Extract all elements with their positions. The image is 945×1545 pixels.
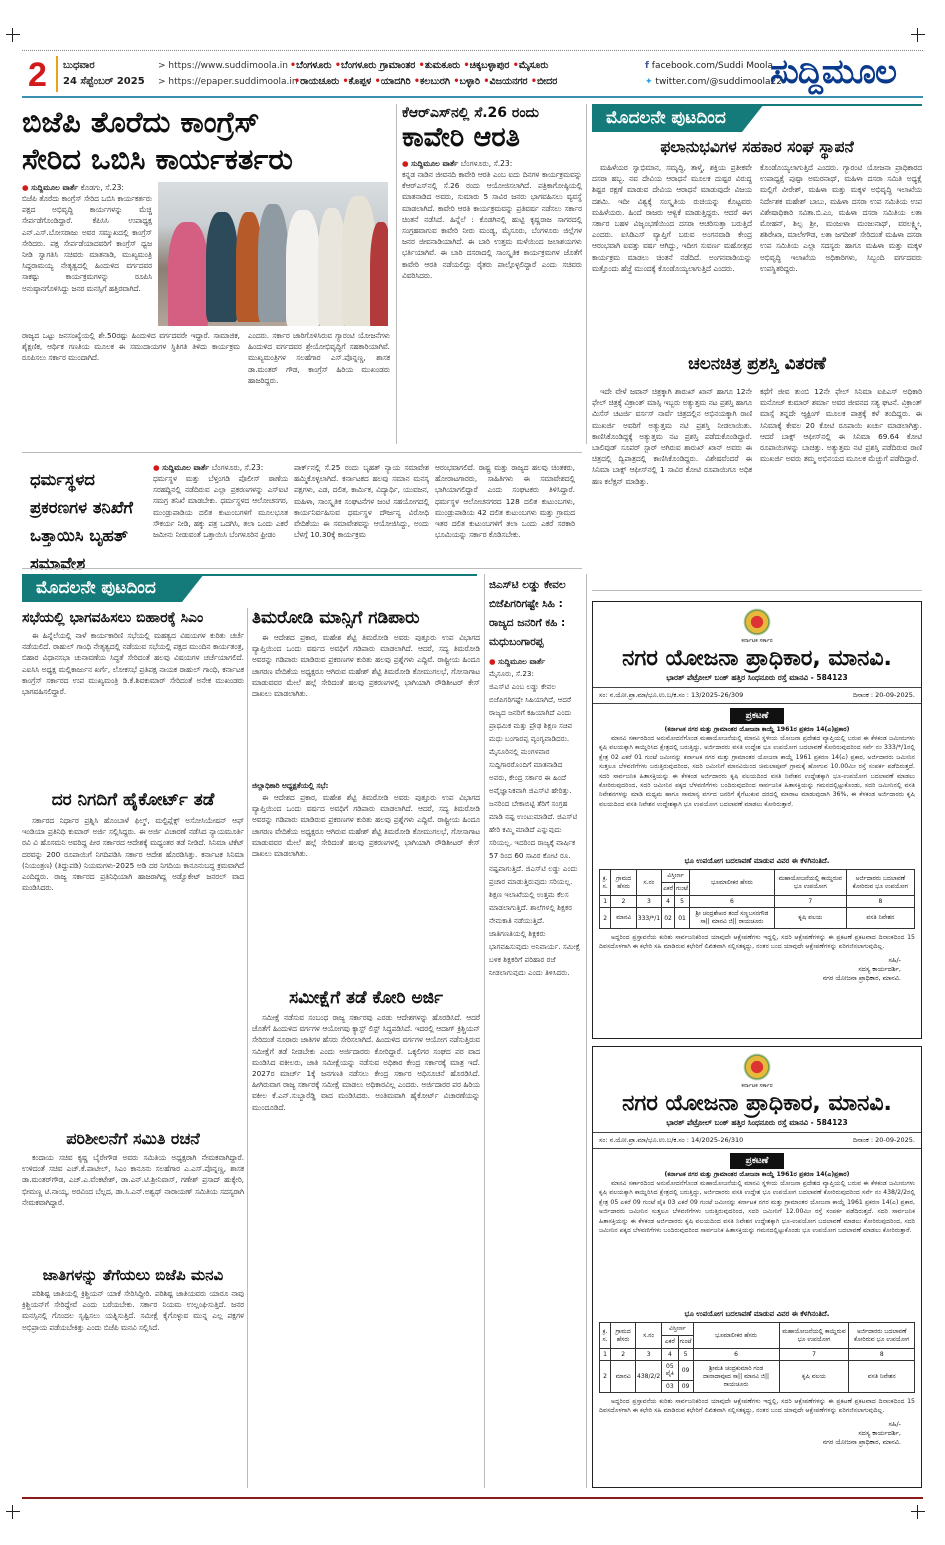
masthead-rule xyxy=(22,96,923,98)
city-link[interactable]: ಬಳ್ಳಾರಿ xyxy=(460,76,481,87)
column-header: ಮಹಾಯೋಜನೆಯಲ್ಲಿ ಕಾಯ್ದಿರುವ ಭೂ ಉಪಯೋಗ xyxy=(774,870,846,896)
headline: ತಿಮರೋಡಿ ಮಾನ್ಸಿಗೆ ಗಡಿಪಾರು xyxy=(252,606,482,630)
epaper-link[interactable]: > https://epaper.suddimoola.in xyxy=(158,74,298,90)
cell: 09 xyxy=(678,1361,693,1381)
column-header: ಸ.ನಂ xyxy=(636,870,661,896)
byline: ● ಸುದ್ದಿಮೂಲ ವಾರ್ತೆ ಬೆಂಗಳೂರು, ಸೆ.23: xyxy=(153,462,288,473)
signatory-office: ನಗರ ಯೋಜನಾ ಪ್ರಾಧಿಕಾರ, ಮಾನವಿ. xyxy=(599,974,901,983)
column-number: 3 xyxy=(636,1349,662,1361)
section-banner: ಮೊದಲನೇ ಪುಟದಿಂದ xyxy=(592,104,742,132)
city-link[interactable]: ಯಾದಗಿರಿ xyxy=(381,76,411,87)
story-body: ಈ ಹಿನ್ನೆಲೆಯಲ್ಲಿ ನಾಳೆ ಕಾರ್ಯಕಾರಿಣಿ ಸಭೆಯಲ್ಲ… xyxy=(22,630,244,782)
story-body: ಸಮೀಕ್ಷೆ ನಡೆಸುವ ಸಂಬಂಧ ರಾಜ್ಯ ಸರ್ಕಾರವು ಎರಡು… xyxy=(252,1012,480,1488)
column-divider xyxy=(396,104,397,444)
news-photo-group xyxy=(158,182,388,326)
column-number: 1 xyxy=(600,896,611,908)
headline: ಜಿಎಸ್‌ಟಿ ಲಡ್ಡು ಕೇವಲ ಬಿಜೆಪಿಗರಿಗಷ್ಟೇ ಸಿಹಿ … xyxy=(489,576,584,652)
facebook-icon: f xyxy=(645,61,649,71)
cities-row-1: •ಬೆಂಗಳೂರು •ಬೆಂಗಳೂರು ಗ್ರಾಮಾಂತರ •ತುಮಕೂರು •… xyxy=(290,58,630,74)
city-link[interactable]: ರಾಯಚೂರು xyxy=(300,76,339,87)
city-link[interactable]: ಮೈಸೂರು xyxy=(519,60,549,71)
notice-footer: ಅದ್ದರಿಂದ ಪ್ರಸ್ತಾವನೆಯ ಕುರಿತು ಸಾರ್ವಜನಿಕರಿಂ… xyxy=(599,1397,915,1416)
byline-place: ಬೆಂಗಳೂರು, ಸೆ.23: xyxy=(212,463,264,472)
column-header: ಮಹಾಯೋಜನೆಯಲ್ಲಿ ಕಾಯ್ದಿರುವ ಭೂ ಉಪಯೋಗ xyxy=(779,1323,849,1349)
table-header-row: ಕ್ರ. ಸ. ಗ್ರಾಮದ ಹೆಸರು ಸ.ನಂ ವಿಸ್ತೀರ್ಣ ಭೂಮಾ… xyxy=(600,870,915,883)
story-body: ಕಂದಾಯ ಸಚಿವ ಕೃಷ್ಣ ಬೈರೇಗೌಡ ಅವರು ಸಮಿತಿಯ ಅಧ್… xyxy=(22,1152,244,1262)
social-links: f facebook.com/Suddi Moola ✦ twitter.com… xyxy=(645,58,782,90)
headline: ಸಮೀಕ್ಷೆಗೆ ತಡೆ ಕೋರಿ ಅರ್ಜಿ xyxy=(252,986,480,1010)
table-header-row: ಕ್ರ. ಸ. ಗ್ರಾಮದ ಹೆಸರು ಸ.ನಂ ವಿಸ್ತೀರ್ಣ ಭೂಮಾ… xyxy=(600,1323,915,1336)
column-header: ಎಕರೆ xyxy=(662,883,675,896)
karnataka-emblem-icon xyxy=(743,608,771,636)
byline-source: ಸುದ್ದಿಮೂಲ ವಾರ್ತೆ xyxy=(498,657,545,666)
headline: ಬಿಜೆಪಿ ತೊರೆದು ಕಾಂಗ್ರೆಸ್ ಸೇರಿದ ಒಬಿಸಿ ಕಾರ್… xyxy=(22,104,397,178)
cell: 2 xyxy=(600,1361,611,1393)
facebook-handle: facebook.com/Suddi Moola xyxy=(652,61,773,71)
act-reference: (ಕರ್ನಾಟಕ ನಗರ ಮತ್ತು ಗ್ರಾಮಾಂತರ ಯೋಜನಾ ಕಾಯ್ದ… xyxy=(599,1171,915,1179)
column-header: ಗುಂಟೆ xyxy=(675,883,690,896)
land-use-table: ಕ್ರ. ಸ. ಗ್ರಾಮದ ಹೆಸರು ಸ.ನಂ ವಿಸ್ತೀರ್ಣ ಭೂಮಾ… xyxy=(599,1322,915,1393)
column-divider xyxy=(586,104,587,444)
date: 24 ಸೆಪ್ಟೆಂಬರ್ 2025 xyxy=(63,74,145,90)
cell: 333/*/1 xyxy=(636,908,661,929)
reference-row: ಸಂ: ನ.ಯೋ.ಪ್ರಾ.ಮಾ/ಭೂ.ಉ.ಬ/ಕ.ಸಂ : 14/2025-2… xyxy=(593,1132,921,1149)
byline-source: ಸುದ್ದಿಮೂಲ ವಾರ್ತೆ xyxy=(31,183,78,192)
story-body: ● ಸುದ್ದಿಮೂಲ ವಾರ್ತೆ ಬೆಂಗಳೂರು, ಸೆ.23: ಕನ್ನ… xyxy=(402,158,582,440)
headline: ಸಭೆಯಲ್ಲಿ ಭಾಗವಹಿಸಲು ಬಿಹಾರಕ್ಕೆ ಸಿಎಂ xyxy=(22,608,247,628)
section-banner: ಮೊದಲನೇ ಪುಟದಿಂದ xyxy=(22,574,182,602)
top-dotted-rule xyxy=(22,50,923,51)
column-header: ಭೂಮಾಲೀಕರ ಹೆಸರು xyxy=(690,870,775,896)
byline-source: ಸುದ್ದಿಮೂಲ ವಾರ್ತೆ xyxy=(411,159,458,168)
crop-mark xyxy=(6,1505,20,1519)
facebook-link[interactable]: f facebook.com/Suddi Moola xyxy=(645,58,782,74)
person-shape xyxy=(206,212,238,322)
signatory-title: ಸದಸ್ಯ ಕಾರ್ಯದರ್ಶಿ, xyxy=(599,1429,901,1438)
ad-address: ಭಾರತ್ ಪೆಟ್ರೋಲ್ ಬಂಕ್ ಹತ್ತಿರ ಸಿಂಧನೂರು ರಸ್ತ… xyxy=(599,673,915,683)
website-links: > https://www.suddimoola.in > https://ep… xyxy=(158,58,298,90)
column-number: 4 xyxy=(662,1349,678,1361)
cell: ವಸತಿ ನಿವೇಶನ xyxy=(849,1361,915,1393)
column-header: ಗ್ರಾಮದ ಹೆಸರು xyxy=(611,1323,636,1349)
reference-row: ಸಂ: ನ.ಯೋ.ಪ್ರಾ.ಮಾ/ಭೂ.ಉ.ಬ/ಕ.ಸಂ : 13/2025-2… xyxy=(593,687,921,704)
column-number: 8 xyxy=(849,1349,915,1361)
column-divider xyxy=(247,608,248,1488)
twitter-link[interactable]: ✦ twitter.com/@suddimoola22 xyxy=(645,74,782,90)
story-body: ● ಸುದ್ದಿಮೂಲ ವಾರ್ತೆ ಮೈಸೂರು, ಸೆ.23: ಜಿಎಸ್‌… xyxy=(489,656,581,1488)
body-text: ಬಿಜೆಪಿ ತೊರೆದು ಕಾಂಗ್ರೆಸ್ ಸೇರಿದ ಒಬಿಸಿ ಕಾರ್… xyxy=(22,193,152,294)
column-header: ಕ್ರ. ಸ. xyxy=(600,870,611,896)
website-link[interactable]: > https://www.suddimoola.in xyxy=(158,58,298,74)
story-body: ಈ ಆದೇಶದ ಪ್ರಕಾರ, ಮಹೇಶ ಶೆಟ್ಟಿ ತಿಮರೋಡಿ ಅವರು… xyxy=(252,632,480,777)
section-rule xyxy=(22,452,582,453)
city-link[interactable]: ಕೊಪ್ಪಳ xyxy=(349,76,372,87)
column-number: 5 xyxy=(678,1349,693,1361)
story-body-col-1: ಇದೇ ವೇಳೆ ಜವಾನ್ ಚಿತ್ರಕ್ಕಾಗಿ ಶಾರುಖ್ ಖಾನ್ ಹ… xyxy=(592,386,752,562)
cell: ಕೃಷಿ ವಲಯ xyxy=(779,1361,849,1393)
weekday: ಬುಧವಾರ xyxy=(63,58,145,74)
story-body: ಸರ್ಕಾರದ ನಿರ್ಧಾರ ಪ್ರಶ್ನಿಸಿ ಹೊಂಬಾಳೆ ಫಿಲ್ಮ್… xyxy=(22,815,244,1120)
column-header: ಎಕರೆ xyxy=(662,1336,678,1349)
notice-tag: ಪ್ರಕಟಣೆ xyxy=(730,708,784,724)
column-number-row: 12345678 xyxy=(600,896,915,908)
body-text: ಕನ್ನಡ ನಾಡಿನ ಜೀವನದಿ ಕಾವೇರಿ ಆರತಿ ಎಂಬ ಐದು ದ… xyxy=(402,169,582,281)
headline: ಪರಿಶೀಲನೆಗೆ ಸಮಿತಿ ರಚನೆ xyxy=(22,1128,244,1150)
cell: ಶ್ರೀಮತಿ ಚಂದ್ರಕುಮಾರಿ ಗಂಡ ದಾನಾದಾವೂದ ಸಾ|| ಮ… xyxy=(693,1361,779,1393)
notice-date: ದಿನಾಂಕ : 20-09-2025. xyxy=(853,691,915,700)
body-text: ಜಿಎಸ್‌ಟಿ ಎಂಬ ಲಡ್ಡು ಕೇವಲ ಬಿಜೆಪಿಗರಿಗಷ್ಟೇ ಸ… xyxy=(489,680,581,979)
story-body-col-1: ಮಹಿಳೆಯರ ಸ್ವಾಭಿಮಾನ, ಸಮೃದ್ಧಿ, ತಾಳ್ಮೆ, ಶಕ್ತ… xyxy=(592,162,752,338)
page-number: 2 xyxy=(28,58,47,92)
byline-place: ಮೈಸೂರು, ಸೆ.23: xyxy=(489,667,581,680)
cities-row-2: •ರಾಯಚೂರು •ಕೊಪ್ಪಳ •ಯಾದಗಿರಿ •ಕಲಬುರಗಿ •ಬಳ್ಳ… xyxy=(290,74,630,90)
government-label: ಕರ್ನಾಟಕ ಸರ್ಕಾರ xyxy=(599,638,915,645)
byline-place: ಕೊಡಗು, ಸೆ.23: xyxy=(81,183,124,192)
byline: ● ಸುದ್ದಿಮೂಲ ವಾರ್ತೆ xyxy=(489,656,581,667)
headline-line-1: ಬಿಜೆಪಿ ತೊರೆದು ಕಾಂಗ್ರೆಸ್ xyxy=(22,104,397,141)
edition-cities: •ಬೆಂಗಳೂರು •ಬೆಂಗಳೂರು ಗ್ರಾಮಾಂತರ •ತುಮಕೂರು •… xyxy=(290,58,630,90)
cell: ಮಾನವಿ xyxy=(611,908,636,929)
column-divider xyxy=(484,574,485,1488)
ad-address: ಭಾರತ್ ಪೆಟ್ರೋಲ್ ಬಂಕ್ ಹತ್ತಿರ ಸಿಂಧನೂರು ರಸ್ತ… xyxy=(599,1118,915,1128)
city-link[interactable]: ಚಿಕ್ಕಬಳ್ಳಾಪುರ xyxy=(470,60,510,71)
city-link[interactable]: ಬೆಂಗಳೂರು xyxy=(296,60,331,71)
signature: ಸಹಿ/- xyxy=(599,1420,901,1429)
signature-block: ಸಹಿ/- ಸದಸ್ಯ ಕಾರ್ಯದರ್ಶಿ, ನಗರ ಯೋಜನಾ ಪ್ರಾಧಿ… xyxy=(599,1420,915,1447)
land-use-table: ಕ್ರ. ಸ. ಗ್ರಾಮದ ಹೆಸರು ಸ.ನಂ ವಿಸ್ತೀರ್ಣ ಭೂಮಾ… xyxy=(599,869,915,929)
column-number: 2 xyxy=(611,1349,636,1361)
cell: 01 xyxy=(675,908,690,929)
notice-footer: ಅದ್ದರಿಂದ ಪ್ರಸ್ತಾವನೆಯ ಕುರಿತು ಸಾರ್ವಜನಿಕರಿಂ… xyxy=(599,933,915,952)
column-header: ವಿಸ್ತೀರ್ಣ xyxy=(662,870,690,883)
headline: ಜಾತಿಗಳನ್ನು ತೆಗೆಯಲು ಬಿಜೆಪಿ ಮನವಿ xyxy=(22,1264,244,1286)
karnataka-emblem-icon xyxy=(743,1053,771,1081)
person-shape xyxy=(370,222,388,326)
column-header: ಅರ್ಜಿದಾರರು ಬದಲಾವಣೆ ಕೋರಿರುವ ಭೂ ಉಪಯೋಗ xyxy=(846,870,914,896)
cell: 05 ಪೈಕಿ xyxy=(662,1361,678,1381)
section-rule xyxy=(592,590,922,591)
cell: 2 xyxy=(600,908,611,929)
headline: ಧರ್ಮಸ್ಥಳದ ಪ್ರಕರಣಗಳ ತನಿಖೆಗೆ ಒತ್ತಾಯಿಸಿ ಬೃಹ… xyxy=(30,466,148,578)
signatory-title: ಸದಸ್ಯ ಕಾರ್ಯದರ್ಶಿ, xyxy=(599,965,901,974)
column-number: 7 xyxy=(774,896,846,908)
column-number: 2 xyxy=(611,896,636,908)
table-caption: ಭೂ ಉಪಯೋಗ ಬದಲಾವಣೆ ಮಾಡುವ ವಿವರ ಈ ಕೆಳಗಿನಂತಿದ… xyxy=(599,1310,915,1319)
crop-mark xyxy=(911,28,925,42)
person-shape xyxy=(168,222,208,326)
notice-tag: ಪ್ರಕಟಣೆ xyxy=(730,1153,784,1169)
bullet-icon: ● xyxy=(402,159,409,168)
cell: ಮಾನವಿ xyxy=(611,1361,636,1393)
signature: ಸಹಿ/- xyxy=(599,956,901,965)
notice-text: ಮಾನವಿ ಸರ್ಕಾರದಿಂದ ಅನುಮೋದನೆಗೊಂಡ ಮಹಾಯೋಜನೆಯಲ… xyxy=(599,1179,915,1307)
government-label: ಕರ್ನಾಟಕ ಸರ್ಕಾರ xyxy=(599,1083,915,1090)
byline: ● ಸುದ್ದಿಮೂಲ ವಾರ್ತೆ ಕೊಡಗು, ಸೆ.23: xyxy=(22,182,152,193)
column-number: 8 xyxy=(846,896,914,908)
section-rule xyxy=(22,568,582,569)
cell: 03 xyxy=(662,1381,678,1393)
column-header: ಅರ್ಜಿದಾರರು ಬದಲಾವಣೆ ಕೋರಿರುವ ಭೂ ಉಪಯೋಗ xyxy=(849,1323,915,1349)
cell: ಶ್ರೀ ಚಂದ್ರಶೇಖರ ತಂದೆ ಸಣ್ಣಬಸನಗೌಡ ಸಾ|| ಮಾನವ… xyxy=(690,908,775,929)
byline-place: ಬೆಂಗಳೂರು, ಸೆ.23: xyxy=(461,159,513,168)
headline: ಚಲನಚಿತ್ರ ಪ್ರಶಸ್ತಿ ವಿತರಣೆ xyxy=(592,352,922,376)
headline: ಫಲಾನುಭವಿಗಳ ಸಹಕಾರ ಸಂಘ ಸ್ಥಾಪನೆ xyxy=(592,136,922,158)
reference-number: ಸಂ: ನ.ಯೋ.ಪ್ರಾ.ಮಾ/ಭೂ.ಉ.ಬ/ಕ.ಸಂ : 13/2025-2… xyxy=(599,691,743,700)
twitter-handle: twitter.com/@suddimoola22 xyxy=(655,77,782,87)
cell: ಕೃಷಿ ವಲಯ xyxy=(774,908,846,929)
column-header: ಭೂಮಾಲೀಕರ ಹೆಸರು xyxy=(693,1323,779,1349)
twitter-icon: ✦ xyxy=(645,77,653,87)
column-number: 6 xyxy=(693,1349,779,1361)
story-body-bottom: ರಾಜ್ಯದ ಒಟ್ಟು ಜನಸಂಖ್ಯೆಯಲ್ಲಿ ಶೇ.50ರಷ್ಟು ಹಿ… xyxy=(22,330,240,440)
bullet-icon: ● xyxy=(489,657,496,666)
story-body: ಈ ಆದೇಶದ ಪ್ರಕಾರ, ಮಹೇಶ ಶೆಟ್ಟಿ ತಿಮರೋಡಿ ಅವರು… xyxy=(252,792,480,977)
column-number: 3 xyxy=(636,896,661,908)
story-col-2: ಪಾರ್ಕ್‌ನಲ್ಲಿ ಸೆ.25 ರಂದು ಬೃಹತ್ ನ್ಯಾಯ ಸಮಾವ… xyxy=(294,462,429,567)
page-number-divider xyxy=(56,56,58,92)
ad-title: ನಗರ ಯೋಜನಾ ಪ್ರಾಧಿಕಾರ, ಮಾನವಿ. xyxy=(599,645,915,673)
body-text: ಧರ್ಮಸ್ಥಳ ಮತ್ತು ಬೆಳ್ತಂಗಡಿ ಪೊಲೀಸ್ ಠಾಣೆಯ ಸರ… xyxy=(153,473,288,540)
column-number-row: 12345678 xyxy=(600,1349,915,1361)
column-number: 4 xyxy=(662,896,675,908)
column-number: 5 xyxy=(675,896,690,908)
city-link[interactable]: ತುಮಕೂರು xyxy=(425,60,460,71)
column-header: ಸ.ನಂ xyxy=(636,1323,662,1349)
city-link[interactable]: ಬೀದರ xyxy=(537,76,557,87)
crop-mark xyxy=(911,1505,925,1519)
table-caption: ಭೂ ಉಪಯೋಗ ಬದಲಾವಣೆ ಮಾಡುವ ವಿವರ ಈ ಕೆಳಗಿನಂತಿದ… xyxy=(599,857,915,866)
cell: 438/2/2 xyxy=(636,1361,662,1393)
act-reference: (ಕರ್ನಾಟಕ ನಗರ ಮತ್ತು ಗ್ರಾಮಾಂತರ ಯೋಜನಾ ಕಾಯ್ದ… xyxy=(599,726,915,734)
column-header: ಕ್ರ. ಸ. xyxy=(600,1323,611,1349)
cell: 02 xyxy=(662,908,675,929)
column-header: ವಿಸ್ತೀರ್ಣ xyxy=(662,1323,693,1336)
cell: 09 xyxy=(678,1381,693,1393)
newspaper-logo: ಸುದ್ದಿಮೂಲ xyxy=(770,52,896,92)
story-body-col-2: ಕಥೆಗೆ ಜೀವ ತುಂಬಿ 12ನೇ ಫೇಲ್ ಸಿನಿಮಾ ಐಪಿಎಸ್ … xyxy=(760,386,922,562)
bullet-icon: ● xyxy=(22,183,29,192)
person-shape xyxy=(258,204,288,322)
reference-number: ಸಂ: ನ.ಯೋ.ಪ್ರಾ.ಮಾ/ಭೂ.ಉ.ಬ/ಕ.ಸಂ : 14/2025-2… xyxy=(599,1136,743,1145)
issue-date: ಬುಧವಾರ 24 ಸೆಪ್ಟೆಂಬರ್ 2025 xyxy=(63,58,145,90)
crop-mark xyxy=(6,28,20,42)
person-shape xyxy=(286,210,320,326)
city-link[interactable]: ಬೆಂಗಳೂರು ಗ್ರಾಮಾಂತರ xyxy=(341,60,415,71)
subheading: ಜಿಲ್ಲಾಧಿಕಾರಿ ಅಧ್ಯಕ್ಷತೆಯಲ್ಲಿ ಸಭೆ: xyxy=(252,780,480,791)
column-number: 7 xyxy=(779,1349,849,1361)
column-number: 1 xyxy=(600,1349,611,1361)
table-row: 2 ಮಾನವಿ 438/2/2 05 ಪೈಕಿ 09 ಶ್ರೀಮತಿ ಚಂದ್ರ… xyxy=(600,1361,915,1381)
cell: ವಸತಿ ನಿವೇಶನ xyxy=(846,908,914,929)
government-notice-ad: ಕರ್ನಾಟಕ ಸರ್ಕಾರ ನಗರ ಯೋಜನಾ ಪ್ರಾಧಿಕಾರ, ಮಾನವ… xyxy=(592,1046,922,1488)
notice-date: ದಿನಾಂಕ : 20-09-2025. xyxy=(853,1136,915,1145)
city-link[interactable]: ಕಲಬುರಗಿ xyxy=(420,76,450,87)
story-col-1: ● ಸುದ್ದಿಮೂಲ ವಾರ್ತೆ ಬೆಂಗಳೂರು, ಸೆ.23: ಧರ್ಮ… xyxy=(153,462,288,567)
headline: ಕಾವೇರಿ ಆರತಿ xyxy=(402,121,582,155)
ad-title: ನಗರ ಯೋಜನಾ ಪ್ರಾಧಿಕಾರ, ಮಾನವಿ. xyxy=(599,1090,915,1118)
story-col-3: ಆರಂಭವಾಗಲಿದೆ. ರಾಷ್ಟ್ರ ಮತ್ತು ರಾಜ್ಯದ ಹಲವು ಚ… xyxy=(435,462,575,567)
footer-rule xyxy=(22,1497,923,1499)
signature-block: ಸಹಿ/- ಸದಸ್ಯ ಕಾರ್ಯದರ್ಶಿ, ನಗರ ಯೋಜನಾ ಪ್ರಾಧಿ… xyxy=(599,956,915,983)
byline-source: ಸುದ್ದಿಮೂಲ ವಾರ್ತೆ xyxy=(162,463,209,472)
column-header: ಗುಂಟೆ xyxy=(678,1336,693,1349)
byline: ● ಸುದ್ದಿಮೂಲ ವಾರ್ತೆ ಬೆಂಗಳೂರು, ಸೆ.23: xyxy=(402,158,582,169)
headline-line-2: ಸೇರಿದ ಒಬಿಸಿ ಕಾರ್ಯಕರ್ತರು xyxy=(22,141,397,178)
kicker: ಕೆಆರ್‌ಎಸ್‌ನಲ್ಲಿ ಸೆ.26 ರಂದು xyxy=(402,104,582,122)
column-number: 6 xyxy=(690,896,775,908)
table-row: 2 ಮಾನವಿ 333/*/1 02 01 ಶ್ರೀ ಚಂದ್ರಶೇಖರ ತಂದ… xyxy=(600,908,915,929)
notice-text: ಮಾನವಿ ಸರ್ಕಾರದಿಂದ ಅನುಮೋದನೆಗೊಂಡ ಮಹಾಯೋಜನೆಯಲ… xyxy=(599,734,915,854)
signatory-office: ನಗರ ಯೋಜನಾ ಪ್ರಾಧಿಕಾರ, ಮಾನವಿ. xyxy=(599,1438,901,1447)
government-notice-ad: ಕರ್ನಾಟಕ ಸರ್ಕಾರ ನಗರ ಯೋಜನಾ ಪ್ರಾಧಿಕಾರ, ಮಾನವ… xyxy=(592,601,922,1039)
city-link[interactable]: ವಿಜಯನಗರ xyxy=(489,76,527,87)
story-body: ಪರಿಶಿಷ್ಟ ಜಾತಿಯಲ್ಲಿ ಕ್ರಿಶ್ಚಿಯನ್ ಯಾಕೆ ಸೇರಿ… xyxy=(22,1288,244,1488)
column-header: ಗ್ರಾಮದ ಹೆಸರು xyxy=(611,870,636,896)
bullet-icon: ● xyxy=(153,463,160,472)
column-divider xyxy=(586,574,587,1488)
story-body-right: ಎಂದರು. ಸರ್ಕಾರ ಜಾರಿಗೊಳಿಸಿರುವ ಗ್ಯಾರಂಟಿ ಯೋಜ… xyxy=(248,330,390,440)
headline: ದರ ನಿಗದಿಗೆ ಹೈಕೋರ್ಟ್ ತಡೆ xyxy=(22,788,244,812)
story-body-col-2: ಕೊಂಡೊಯ್ಯಲಾಗುತ್ತಿದೆ ಎಂದರು. ಗ್ಯಾರಂಟಿ ಯೋಜನಾ… xyxy=(760,162,922,338)
